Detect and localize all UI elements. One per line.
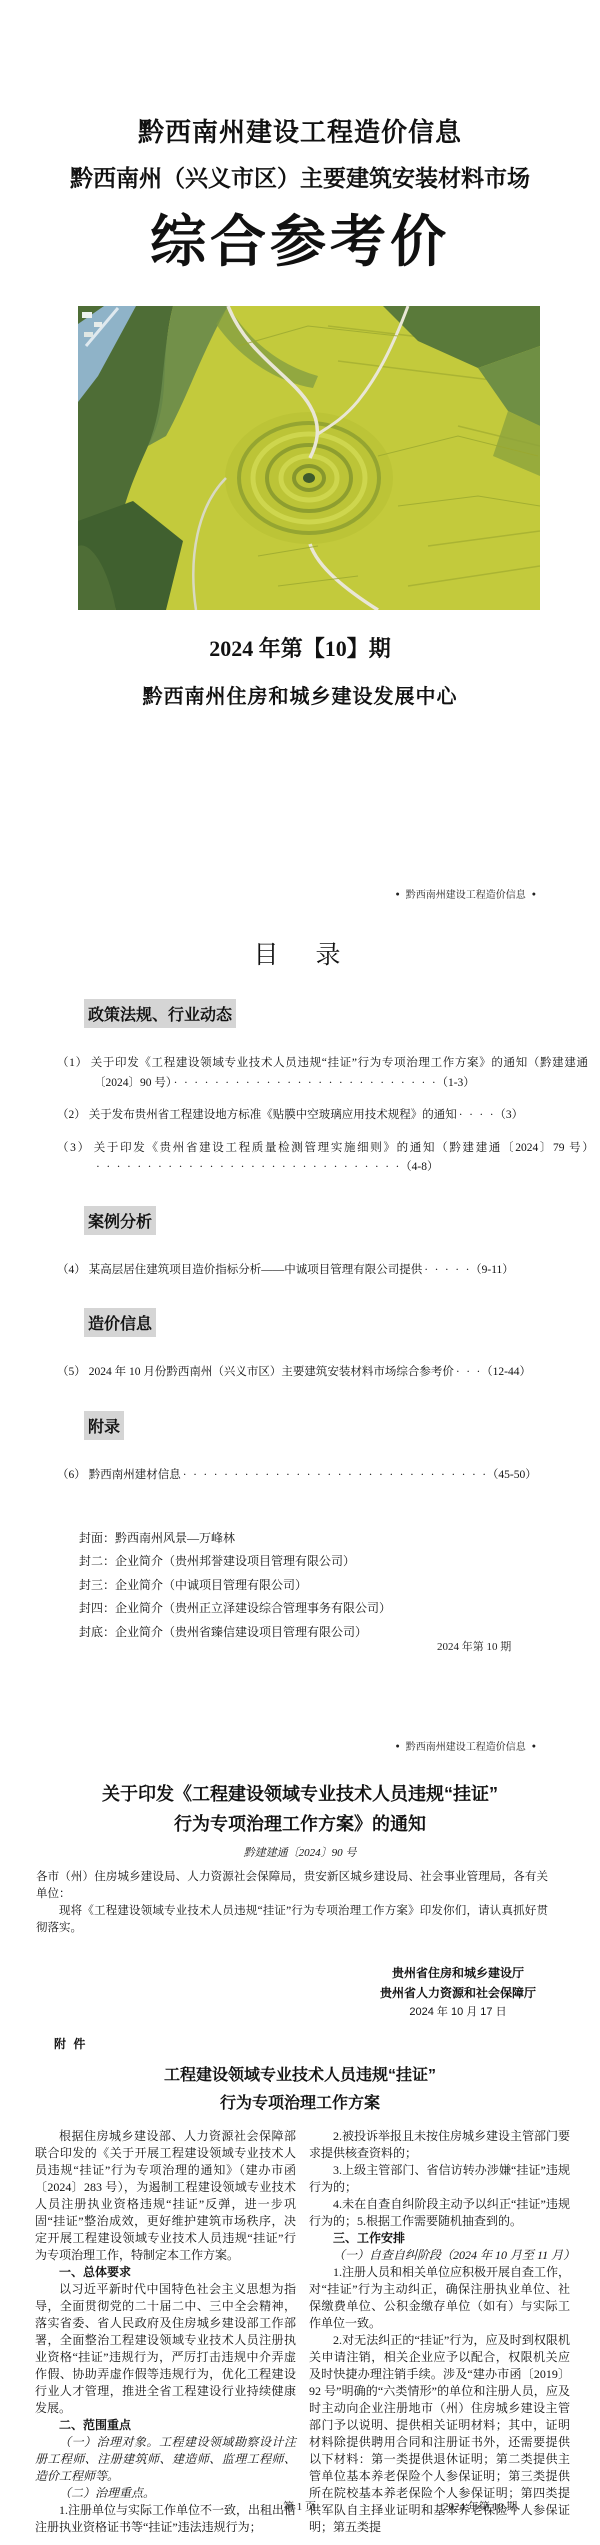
page-header: ●黔西南州建设工程造价信息● <box>0 1730 600 1753</box>
toc-item-pages: （12-44） <box>487 1366 531 1378</box>
cover-credit-line: 封二：企业简介（贵州邦誉建设项目管理有限公司） <box>79 1550 600 1573</box>
toc-leader-dots: ····· <box>424 1264 476 1276</box>
signature-agency-2: 贵州省人力资源和社会保障厅 <box>380 1983 536 2003</box>
toc-leader-dots: ······························ <box>96 1161 406 1173</box>
toc-item-title: 关于印发《贵州省建设工程质量检测管理实施细则》的通知（黔建建通〔2024〕79 … <box>94 1142 588 1154</box>
toc-item-number: （5） <box>57 1366 86 1378</box>
toc-page: ●黔西南州建设工程造价信息● 目 录 政策法规、行业动态（1）关于印发《工程建设… <box>0 870 600 1730</box>
notice-body: 现将《工程建设领域专业技术人员违规“挂证”行为专项治理工作方案》印发你们，请认真… <box>36 1903 548 1937</box>
toc-item-number: （4） <box>57 1264 86 1276</box>
cover-page: 黔西南州建设工程造价信息 黔西南州（兴义市区）主要建筑安装材料市场 综合参考价 <box>0 0 600 870</box>
cover-main-title: 综合参考价 <box>0 198 600 278</box>
page-header: ●黔西南州建设工程造价信息● <box>0 870 600 901</box>
notice-paragraph: （二）治理重点。 <box>35 2485 296 2502</box>
toc-item: （5）2024 年 10 月份黔西南州（兴义市区）主要建筑安装材料市场综合参考价… <box>94 1363 588 1383</box>
bullet-icon: ● <box>532 890 536 898</box>
notice-paragraph: 根据住房城乡建设部、人力资源社会保障部联合印发的《关于开展工程建设领域专业技术人… <box>35 2128 296 2264</box>
cover-credit-line: 封面：黔西南州风景—万峰林 <box>79 1527 600 1550</box>
toc-item-number: （6） <box>57 1469 86 1481</box>
toc-item-pages: （45-50） <box>493 1469 537 1481</box>
notice-paragraph: 2.对无法纠正的“挂证”行为，应及时到权限机关申请注销，相关企业应予以配合，权限… <box>309 2332 570 2536</box>
toc-leader-dots: ·························· <box>174 1077 443 1089</box>
notice-title-line1: 关于印发《工程建设领域专业技术人员违规“挂证” <box>40 1779 560 1809</box>
notice-paragraph: 1.注册人员和相关单位应积极开展自查工作，对“挂证”行为主动纠正，确保注册执业单… <box>309 2264 570 2332</box>
toc-item-title: 黔西南州建材信息 <box>89 1469 181 1481</box>
signature-block: 贵州省住房和城乡建设厅 贵州省人力资源和社会保障厅 2024 年 10 月 17… <box>380 1963 536 2021</box>
toc-body: 政策法规、行业动态（1）关于印发《工程建设领域专业技术人员违规“挂证”行为专项治… <box>0 999 600 1485</box>
toc-item-title: 关于发布贵州省工程建设地方标准《贴膜中空玻璃应用技术规程》的通知 <box>89 1109 457 1121</box>
toc-item: （6）黔西南州建材信息·····························… <box>94 1466 588 1486</box>
attachment-title-line2: 行为专项治理工作方案 <box>0 2090 600 2118</box>
toc-item: （3）关于印发《贵州省建设工程质量检测管理实施细则》的通知（黔建建通〔2024〕… <box>94 1139 588 1178</box>
cover-issue-number: 2024 年第【10】期 <box>0 632 600 663</box>
toc-item-pages: （9-11） <box>476 1264 514 1276</box>
toc-item-number: （2） <box>57 1109 86 1121</box>
toc-section-heading-row: 造价信息 <box>84 1308 600 1337</box>
notice-columns: 根据住房城乡建设部、人力资源社会保障部联合印发的《关于开展工程建设领域专业技术人… <box>0 2118 600 2536</box>
notice-page: ●黔西南州建设工程造价信息● 关于印发《工程建设领域专业技术人员违规“挂证” 行… <box>0 1730 600 2545</box>
cover-photo-aerial-fields <box>78 306 540 610</box>
notice-paragraph: 2.被投诉举报且未按住房城乡建设主管部门要求提供核查资料的； <box>309 2128 570 2162</box>
cover-credit-line: 封三：企业简介（中诚项目管理有限公司） <box>79 1574 600 1597</box>
bullet-icon: ● <box>396 890 400 898</box>
cover-title-line1: 黔西南州建设工程造价信息 <box>0 112 600 149</box>
attachment-title-line1: 工程建设领域专业技术人员违规“挂证” <box>0 2062 600 2090</box>
bullet-icon: ● <box>532 1742 536 1750</box>
toc-item-pages: （1-3） <box>442 1077 475 1089</box>
toc-section-heading-row: 案例分析 <box>84 1206 600 1235</box>
toc-footer-issue: 2024 年第 10 期 <box>437 1638 511 1654</box>
notice-salutation: 各市（州）住房城乡建设局、人力资源社会保障局，贵安新区城乡建设局、社会事业管理局… <box>36 1869 548 1903</box>
toc-item-pages: （3） <box>500 1109 523 1121</box>
cover-title-line2: 黔西南州（兴义市区）主要建筑安装材料市场 <box>0 160 600 193</box>
toc-leader-dots: ······························ <box>183 1469 493 1481</box>
journal-name: 黔西南州建设工程造价信息 <box>406 1742 526 1753</box>
notice-footer-page-number: 第 1 页 <box>283 2498 316 2514</box>
toc-item-pages: （4-8） <box>406 1161 439 1173</box>
notice-letter: 各市（州）住房城乡建设局、人力资源社会保障局，贵安新区城乡建设局、社会事业管理局… <box>0 1869 600 1937</box>
notice-paragraph: 三、工作安排 <box>309 2230 570 2247</box>
attachment-label: 附 件 <box>54 2035 600 2052</box>
notice-title: 关于印发《工程建设领域专业技术人员违规“挂证” 行为专项治理工作方案》的通知 <box>0 1779 600 1839</box>
bullet-icon: ● <box>396 1742 400 1750</box>
cover-credit-line: 封四：企业简介（贵州正立泽建设综合管理事务有限公司） <box>79 1597 600 1620</box>
toc-item: （1）关于印发《工程建设领域专业技术人员违规“挂证”行为专项治理工作方案》的通知… <box>94 1054 588 1093</box>
attachment-title: 工程建设领域专业技术人员违规“挂证” 行为专项治理工作方案 <box>0 2062 600 2118</box>
notice-title-line2: 行为专项治理工作方案》的通知 <box>40 1809 560 1839</box>
document: 黔西南州建设工程造价信息 黔西南州（兴义市区）主要建筑安装材料市场 综合参考价 <box>0 0 600 2545</box>
notice-footer-issue: 2024 年第 10 期 <box>443 2498 517 2514</box>
notice-paragraph: 4.未在自查自纠阶段主动予以纠正“挂证”违规行为的；5.根据工作需要随机抽查到的… <box>309 2196 570 2230</box>
toc-leader-dots: ··· <box>456 1366 487 1378</box>
notice-left-column: 根据住房城乡建设部、人力资源社会保障部联合印发的《关于开展工程建设领域专业技术人… <box>35 2128 296 2536</box>
notice-paragraph: （一）自查自纠阶段（2024 年 10 月至 11 月） <box>309 2247 570 2264</box>
signature-agency-1: 贵州省住房和城乡建设厅 <box>380 1963 536 1983</box>
toc-leader-dots: ···· <box>459 1109 500 1121</box>
notice-paragraph: 一、总体要求 <box>35 2264 296 2281</box>
toc-item-title: 2024 年 10 月份黔西南州（兴义市区）主要建筑安装材料市场综合参考价 <box>89 1366 454 1378</box>
cover-credit-line: 封底：企业简介（贵州省臻信建设项目管理有限公司） <box>79 1621 600 1644</box>
toc-section-heading: 政策法规、行业动态 <box>84 999 236 1028</box>
notice-right-column: 2.被投诉举报且未按住房城乡建设主管部门要求提供核查资料的；3.上级主管部门、省… <box>309 2128 570 2536</box>
cover-publisher: 黔西南州住房和城乡建设发展中心 <box>0 680 600 709</box>
toc-title: 目 录 <box>0 935 600 971</box>
toc-item-number: （3） <box>57 1142 91 1154</box>
notice-paragraph: （一）治理对象。工程建设领域勘察设计注册工程师、注册建筑师、建造师、监理工程师、… <box>35 2434 296 2485</box>
notice-paragraph: 二、范围重点 <box>35 2417 296 2434</box>
signature-date: 2024 年 10 月 17 日 <box>380 2003 536 2021</box>
toc-section-heading-row: 政策法规、行业动态 <box>84 999 600 1028</box>
toc-item: （4）某高层居住建筑项目造价指标分析——中诚项目管理有限公司提供·····（9-… <box>94 1261 588 1281</box>
notice-paragraph: 1.注册单位与实际工作单位不一致，出租出借注册执业资格证书等“挂证”违法违规行为… <box>35 2502 296 2536</box>
toc-section-heading: 案例分析 <box>84 1206 156 1235</box>
toc-section-heading-row: 附录 <box>84 1411 600 1440</box>
notice-paragraph: 以习近平新时代中国特色社会主义思想为指导，全面贯彻党的二十届二中、三中全会精神，… <box>35 2281 296 2417</box>
notice-doc-number: 黔建建通〔2024〕90 号 <box>0 1844 600 1860</box>
toc-section-heading: 附录 <box>84 1411 124 1440</box>
notice-paragraph: 3.上级主管部门、省信访转办涉嫌“挂证”违规行为的； <box>309 2162 570 2196</box>
journal-name: 黔西南州建设工程造价信息 <box>406 890 526 901</box>
covers-list: 封面：黔西南州风景—万峰林封二：企业简介（贵州邦誉建设项目管理有限公司）封三：企… <box>0 1527 600 1644</box>
aerial-fields-illustration <box>78 306 540 610</box>
toc-item-number: （1） <box>57 1057 88 1069</box>
toc-item-title: 某高层居住建筑项目造价指标分析——中诚项目管理有限公司提供 <box>89 1264 423 1276</box>
toc-section-heading: 造价信息 <box>84 1308 156 1337</box>
toc-item: （2）关于发布贵州省工程建设地方标准《贴膜中空玻璃应用技术规程》的通知····（… <box>94 1106 588 1126</box>
